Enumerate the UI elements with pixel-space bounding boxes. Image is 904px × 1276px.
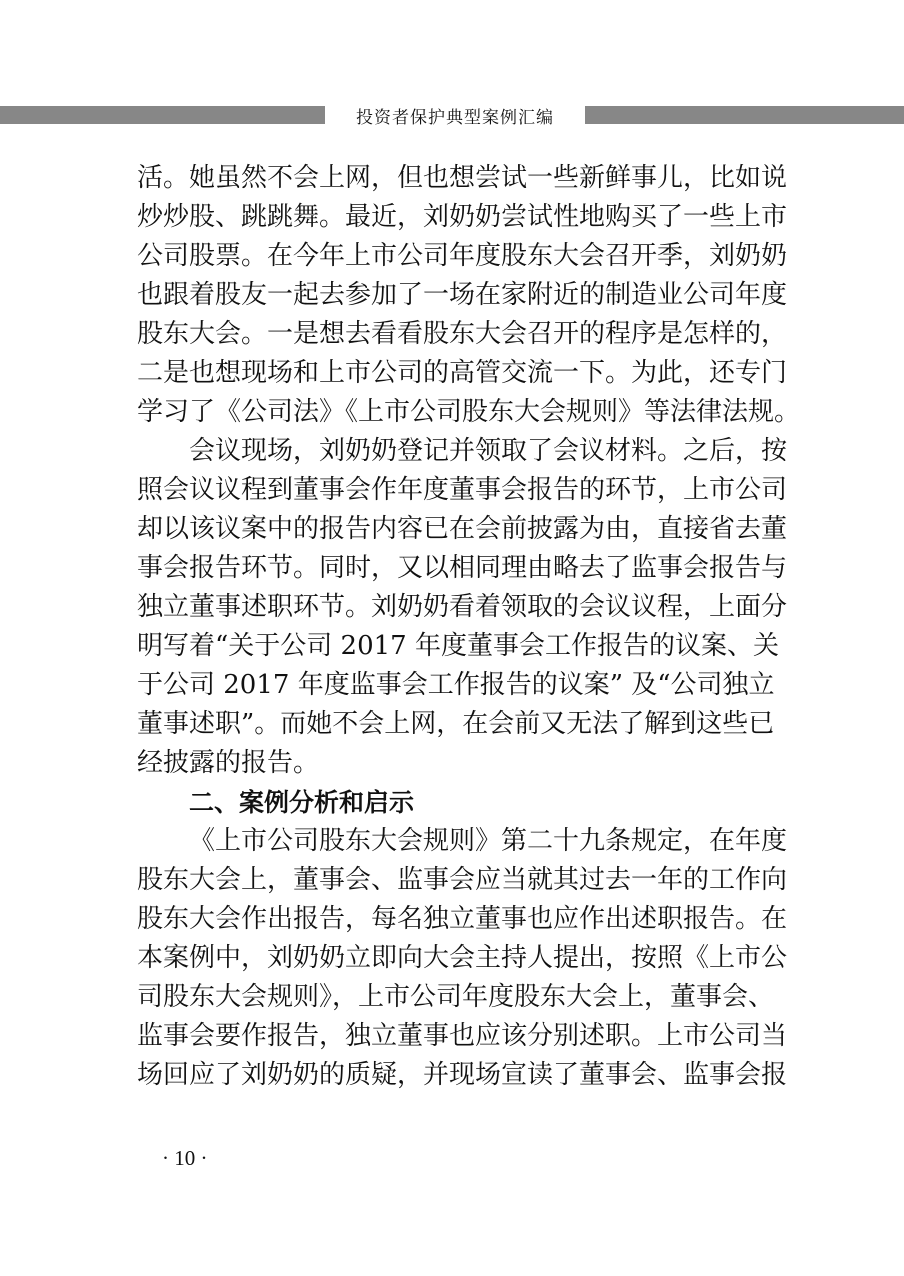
text-line: 股东大会作出报告，每名独立董事也应作出述职报告。在 <box>137 900 771 939</box>
text-line: 却以该议案中的报告内容已在会前披露为由，直接省去董 <box>137 510 771 549</box>
text-line: 场回应了刘奶奶的质疑，并现场宣读了董事会、监事会报 <box>137 1056 771 1095</box>
paragraph-start-line: 会议现场，刘奶奶登记并领取了会议材料。之后，按 <box>137 432 771 471</box>
text-line: 于公司 2017 年度监事会工作报告的议案” 及“公司独立 <box>137 666 771 705</box>
text-line: 二是也想现场和上市公司的高管交流一下。为此，还专门 <box>137 354 771 393</box>
text-line: 学习了《公司法》《上市公司股东大会规则》等法律法规。 <box>137 393 771 432</box>
header-rule-right <box>585 106 904 124</box>
text-line: 司股东大会规则》，上市公司年度股东大会上，董事会、 <box>137 978 771 1017</box>
text-line: 活。她虽然不会上网，但也想尝试一些新鲜事儿，比如说 <box>137 159 771 198</box>
text-line: 公司股票。在今年上市公司年度股东大会召开季，刘奶奶 <box>137 237 771 276</box>
text-line: 股东大会。一是想去看看股东大会召开的程序是怎样的， <box>137 315 771 354</box>
body-text: 活。她虽然不会上网，但也想尝试一些新鲜事儿，比如说 炒炒股、跳跳舞。最近，刘奶奶… <box>137 159 771 1095</box>
text-line: 监事会要作报告，独立董事也应该分别述职。上市公司当 <box>137 1017 771 1056</box>
text-line: 董事述职”。而她不会上网，在会前又无法了解到这些已 <box>137 705 771 744</box>
text-line: 明写着“关于公司 2017 年度董事会工作报告的议案、关 <box>137 627 771 666</box>
text-line: 独立董事述职环节。刘奶奶看着领取的会议议程，上面分 <box>137 588 771 627</box>
section-heading: 二、案例分析和启示 <box>137 783 771 822</box>
text-line: 照会议议程到董事会作年度董事会报告的环节，上市公司 <box>137 471 771 510</box>
running-header-title: 投资者保护典型案例汇编 <box>325 103 585 128</box>
paragraph-end-line: 经披露的报告。 <box>137 744 771 783</box>
header-rule-left <box>0 106 325 124</box>
text-line: 事会报告环节。同时，又以相同理由略去了监事会报告与 <box>137 549 771 588</box>
paragraph-start-line: 《上市公司股东大会规则》第二十九条规定，在年度 <box>137 822 771 861</box>
text-line: 也跟着股友一起去参加了一场在家附近的制造业公司年度 <box>137 276 771 315</box>
page-number: · 10 · <box>162 1146 208 1171</box>
text-line: 本案例中，刘奶奶立即向大会主持人提出，按照《上市公 <box>137 939 771 978</box>
text-line: 股东大会上，董事会、监事会应当就其过去一年的工作向 <box>137 861 771 900</box>
text-line: 炒炒股、跳跳舞。最近，刘奶奶尝试性地购买了一些上市 <box>137 198 771 237</box>
